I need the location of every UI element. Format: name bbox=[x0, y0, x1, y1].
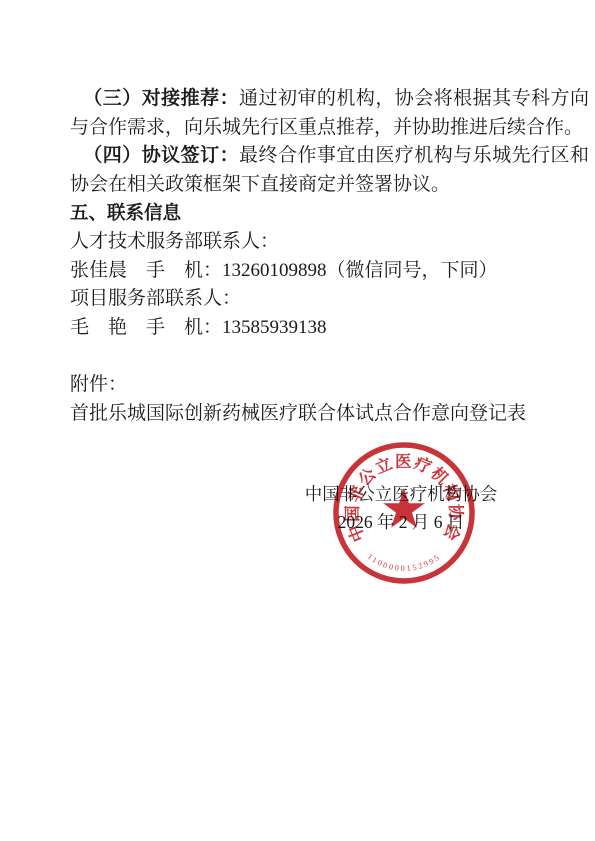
paragraph-3-lead: （三）对接推荐： bbox=[83, 88, 239, 109]
seal-star-icon bbox=[383, 488, 425, 528]
paragraph-4-agreement: （四）协议签订：最终合作事宜由医疗机构与乐城先行区和协会在相关政策框架下直接商定… bbox=[70, 142, 589, 199]
attachment-label: 附件： bbox=[70, 371, 589, 400]
document-body: （三）对接推荐：通过初审的机构，协会将根据其专科方向与合作需求，向乐城先行区重点… bbox=[70, 85, 589, 428]
contact-dept-project-label: 项目服务部联系人： bbox=[70, 285, 589, 314]
contact-person-zhangjiachen: 张佳晨 手 机：13260109898（微信同号，下同） bbox=[70, 257, 589, 286]
attachment-title: 首批乐城国际创新药械医疗联合体试点合作意向登记表 bbox=[70, 400, 589, 429]
official-seal: 中国非公立医疗机构协会 1100000152995 bbox=[330, 439, 478, 587]
paragraph-3-recommendation: （三）对接推荐：通过初审的机构，协会将根据其专科方向与合作需求，向乐城先行区重点… bbox=[70, 85, 589, 142]
paragraph-4-lead: （四）协议签订： bbox=[83, 145, 239, 166]
section-heading-contact-info: 五、联系信息 bbox=[70, 199, 589, 228]
spacer bbox=[70, 342, 589, 371]
document-page: （三）对接推荐：通过初审的机构，协会将根据其专科方向与合作需求，向乐城先行区重点… bbox=[0, 0, 595, 841]
contact-dept-talent-label: 人才技术服务部联系人： bbox=[70, 228, 589, 257]
contact-person-maoyan: 毛 艳 手 机：13585939138 bbox=[70, 314, 589, 343]
seal-serial-number: 1100000152995 bbox=[366, 552, 443, 573]
